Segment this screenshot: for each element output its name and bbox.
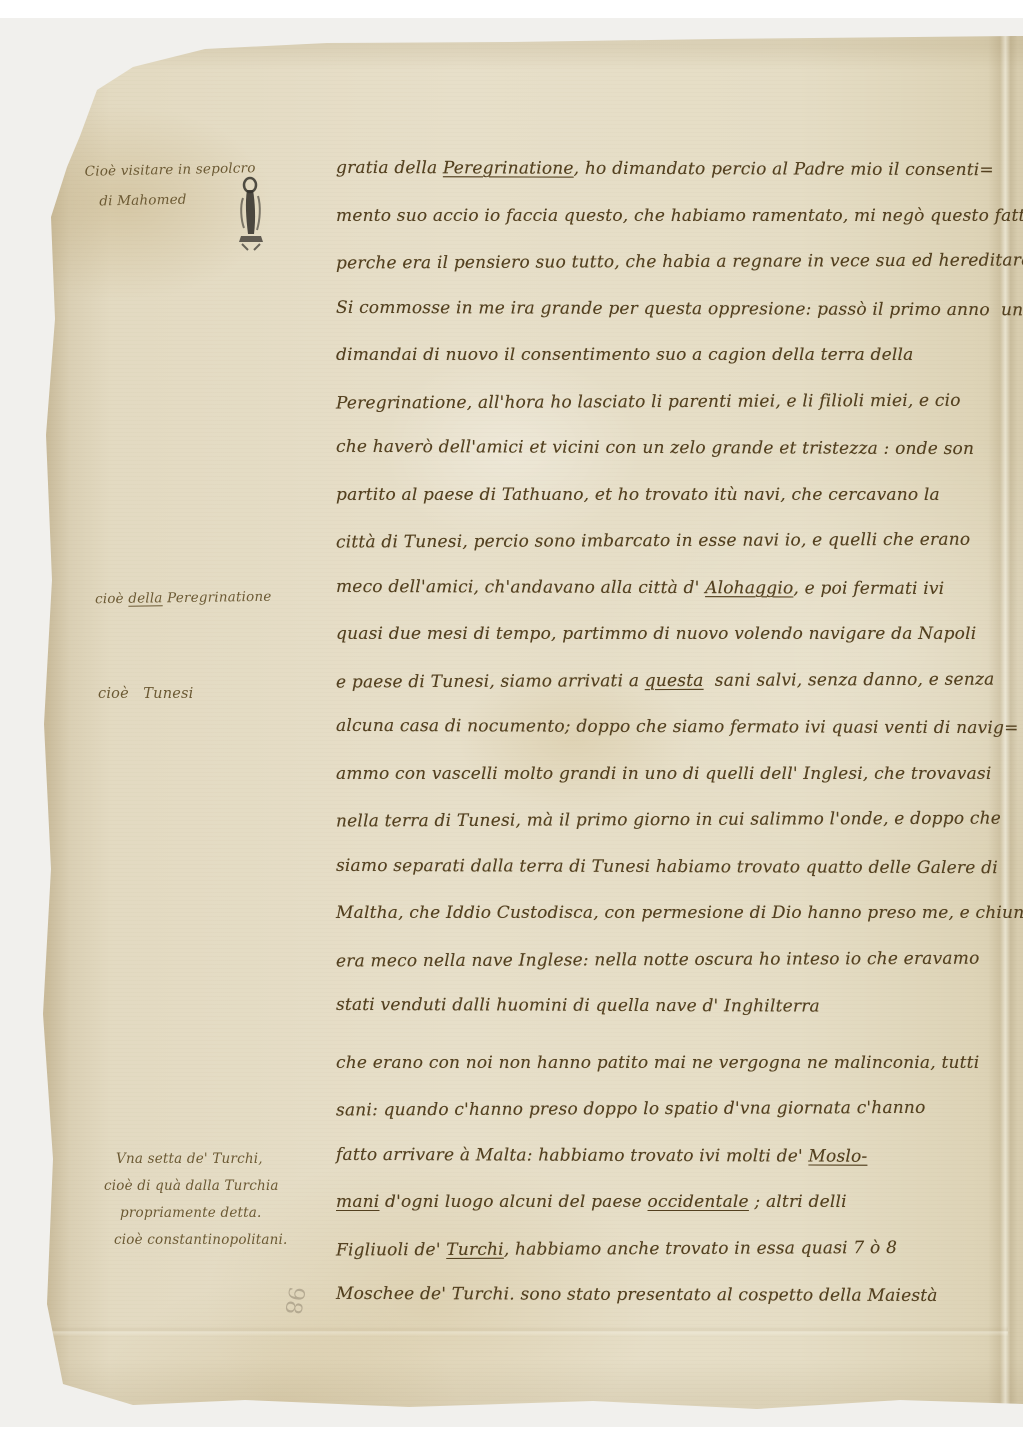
margin-note-peregrinatione: cioè della Peregrinatione <box>95 583 272 613</box>
margin-note-line: cioè constantinopolitani. <box>104 1227 288 1254</box>
margin-note-tunesi: cioè Tunesi <box>98 680 194 708</box>
bleedthrough-number: 98 <box>279 1285 308 1317</box>
text-line: fatto arrivare à Malta: habbiamo trovato… <box>336 1131 996 1180</box>
text-segment: ammo con vascelli molto grandi in uno di… <box>336 764 992 784</box>
text-segment: meco dell'amici, ch'andavano alla città … <box>336 576 705 597</box>
margin-note-line: Vna setta de' Turchi, <box>104 1146 288 1173</box>
text-segment: cioè Tunesi <box>98 686 194 702</box>
margin-note-mahomed: Cioè visitare in sepolcrodi Mahomed <box>84 153 256 217</box>
text-line: quasi due mesi di tempo, partimmo di nuo… <box>336 611 996 658</box>
text-line: partito al paese di Tathuano, et ho trov… <box>336 472 996 519</box>
text-line: alcuna casa di nocumento; doppo che siam… <box>336 703 996 752</box>
text-segment: propriamente detta. <box>120 1205 262 1221</box>
text-segment: stati venduti dalli huomini di quella na… <box>336 995 820 1017</box>
underlined-text: Peregrinatione <box>443 158 574 178</box>
text-line: siamo separati dalla terra di Tunesi hab… <box>336 842 996 891</box>
margin-note-line: cioè di quà dalla Turchia <box>104 1173 288 1200</box>
text-segment: ; altri delli <box>749 1192 847 1212</box>
text-segment: dimandai di nuovo il consentimento suo a… <box>336 345 913 365</box>
text-segment: di Mahomed <box>99 192 187 210</box>
underlined-text: Turchi <box>446 1239 504 1259</box>
text-segment: nella terra di Tunesi, mà il primo giorn… <box>336 809 1001 832</box>
margin-note-line: cioè della Peregrinatione <box>95 583 272 613</box>
text-line: ammo con vascelli molto grandi in uno di… <box>336 751 996 798</box>
underlined-text: occidentale <box>648 1192 749 1212</box>
text-line: città di Tunesi, percio sono imbarcato i… <box>336 517 996 566</box>
text-segment: , ho dimandato percio al Padre mio il co… <box>574 159 994 180</box>
text-segment: perche era il pensiero suo tutto, che ha… <box>336 250 1023 273</box>
scanned-document: Cioè visitare in sepolcrodi Mahomed cioè… <box>0 0 1023 1449</box>
text-line: che haverò dell'amici et vicini con un z… <box>336 424 996 473</box>
text-line: dimandai di nuovo il consentimento suo a… <box>336 332 996 379</box>
text-line: mento suo accio io faccia questo, che ha… <box>336 193 996 240</box>
text-segment: mento suo accio io faccia questo, che ha… <box>336 206 1023 226</box>
text-segment: Maltha, che Iddio Custodisca, con permes… <box>336 903 1023 923</box>
text-segment: e paese di Tunesi, siamo arrivati a <box>336 671 645 692</box>
text-segment: siamo separati dalla terra di Tunesi hab… <box>336 855 998 877</box>
underlined-text: mani <box>336 1192 379 1212</box>
text-segment: , habbiamo anche trovato in essa quasi 7… <box>504 1237 897 1259</box>
text-line: Si commosse in me ira grande per questa … <box>336 284 996 333</box>
text-segment: Peregrinatione, all'hora ho lasciato li … <box>336 390 961 413</box>
text-segment: che erano con noi non hanno patito mai n… <box>336 1053 979 1073</box>
text-segment: Figliuoli de' <box>336 1239 446 1259</box>
text-line: nella terra di Tunesi, mà il primo giorn… <box>336 796 996 845</box>
underlined-text: questa <box>645 670 704 690</box>
margin-note-turchi: Vna setta de' Turchi,cioè di quà dalla T… <box>104 1146 288 1254</box>
text-segment: d'ogni luogo alcuni del paese <box>379 1192 647 1212</box>
text-segment: Vna setta de' Turchi, <box>116 1151 263 1167</box>
margin-note-line: propriamente detta. <box>104 1200 288 1227</box>
underlined-text: Alohaggio <box>705 578 793 598</box>
text-segment: città di Tunesi, percio sono imbarcato i… <box>336 530 970 553</box>
text-line: Maltha, che Iddio Custodisca, con permes… <box>336 890 996 937</box>
margin-note-line: cioè Tunesi <box>98 680 194 708</box>
text-line: era meco nella nave Inglese: nella notte… <box>336 935 996 984</box>
ink-mark <box>234 176 268 252</box>
text-line: mani d'ogni luogo alcuni del paese occid… <box>336 1179 996 1226</box>
text-segment: sani salvi, senza danno, e senza <box>704 669 995 690</box>
horizontal-fold-crease <box>48 1326 1008 1336</box>
text-segment: Peregrinatione <box>163 589 272 607</box>
text-segment: cioè constantinopolitani. <box>114 1232 288 1248</box>
text-line: Moschee de' Turchi. sono stato presentat… <box>336 1271 996 1320</box>
text-segment: gratia della <box>336 158 443 178</box>
margin-note-line: di Mahomed <box>85 183 256 217</box>
text-segment: alcuna casa di nocumento; doppo che siam… <box>336 716 1019 738</box>
text-segment: quasi due mesi di tempo, partimmo di nuo… <box>336 624 976 644</box>
text-line: Peregrinatione, all'hora ho lasciato li … <box>336 377 996 426</box>
text-line: e paese di Tunesi, siamo arrivati a ques… <box>336 656 996 705</box>
text-line: sani: quando c'hanno preso doppo lo spat… <box>336 1085 996 1134</box>
margin-note-line: Cioè visitare in sepolcro <box>84 153 255 187</box>
text-segment: sani: quando c'hanno preso doppo lo spat… <box>336 1098 926 1121</box>
underlined-text: della <box>128 590 163 606</box>
text-segment: Cioè visitare in sepolcro <box>85 160 256 180</box>
text-line: che erano con noi non hanno patito mai n… <box>336 1040 996 1087</box>
text-line: stati venduti dalli huomini di quella na… <box>336 982 996 1031</box>
underlined-text: Moslo- <box>808 1146 867 1166</box>
text-segment: cioè <box>95 591 129 607</box>
text-segment: Moschee de' Turchi. sono stato presentat… <box>336 1284 938 1306</box>
manuscript-page: Cioè visitare in sepolcrodi Mahomed cioè… <box>0 0 1023 1449</box>
text-segment: cioè di quà dalla Turchia <box>104 1178 279 1194</box>
text-line: gratia della Peregrinatione, ho dimandat… <box>336 145 996 194</box>
text-segment: Si commosse in me ira grande per questa … <box>336 297 1023 319</box>
text-line: perche era il pensiero suo tutto, che ha… <box>336 238 996 287</box>
main-text: gratia della Peregrinatione, ho dimandat… <box>336 146 996 1319</box>
text-line: meco dell'amici, ch'andavano alla città … <box>336 563 996 612</box>
text-segment: partito al paese di Tathuano, et ho trov… <box>336 485 940 505</box>
text-line: Figliuoli de' Turchi, habbiamo anche tro… <box>336 1224 996 1273</box>
text-segment: era meco nella nave Inglese: nella notte… <box>336 948 980 971</box>
text-segment: , e poi fermati ivi <box>793 578 944 599</box>
text-segment: fatto arrivare à Malta: habbiamo trovato… <box>336 1144 809 1166</box>
text-segment: che haverò dell'amici et vicini con un z… <box>336 437 974 459</box>
